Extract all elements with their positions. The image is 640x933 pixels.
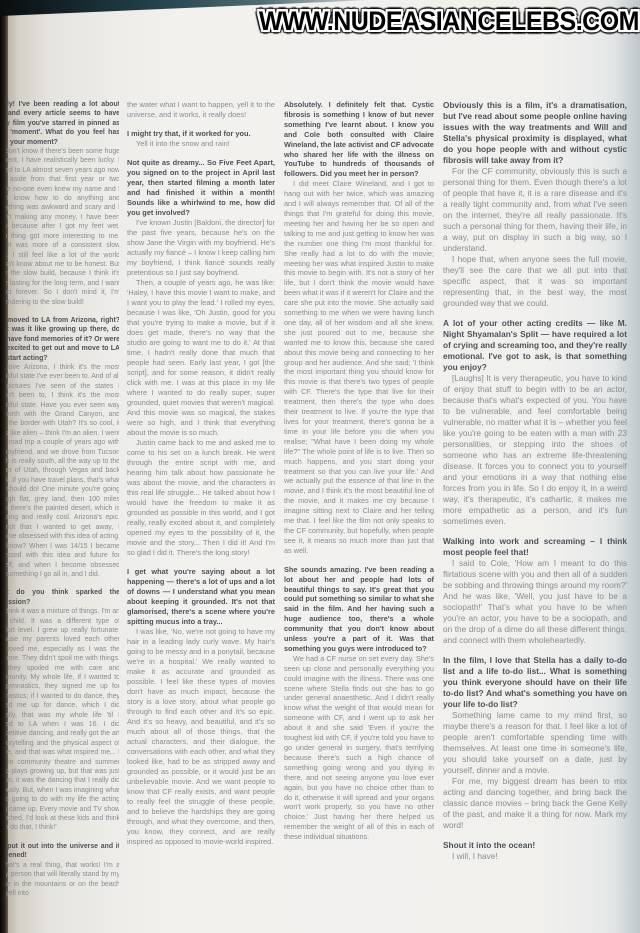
interview-question: I might try that, if it worked for you.: [127, 129, 275, 139]
interview-answer: We had a CF nurse on set every day. She'…: [284, 654, 434, 842]
interview-answer: I think it was a mixture of things. I'm …: [6, 607, 119, 833]
interview-question: She sounds amazing. I've been reading a …: [284, 565, 434, 654]
text-column-a: Firstly! I've been reading a lot about y…: [6, 100, 119, 924]
interview-answer: For me, my biggest dream has been to mix…: [443, 776, 627, 831]
text-column-b: the water what I want to happen, yell it…: [127, 100, 275, 924]
interview-answer: I don't know if there's been some huge m…: [6, 147, 119, 307]
interview-answer: the water what I want to happen, yell it…: [127, 100, 275, 120]
interview-question: Obviously this is a film, it's a dramati…: [443, 100, 627, 166]
magazine-page-scan: { "watermark": "WWW.NUDEASIANCELEBS.COM"…: [0, 0, 640, 933]
interview-answer: I did meet Claire Wineland, and I got to…: [284, 179, 434, 555]
text-column-d: Obviously this is a film, it's a dramati…: [443, 100, 627, 924]
interview-answer: That's a real thing, that works! I'm a c…: [6, 861, 119, 899]
interview-question: I get what you're saying about a lot hap…: [127, 567, 275, 627]
interview-question: You put it out into the universe and it …: [6, 842, 119, 861]
interview-answer: Justin came back to me and asked me to c…: [127, 438, 275, 558]
interview-answer: I will, I have!: [443, 851, 627, 862]
interview-question: A lot of your other acting credits — lik…: [443, 318, 627, 373]
interview-question: You moved to LA from Arizona, right? Wha…: [6, 316, 119, 363]
interview-question: What do you think sparked the obsession?: [6, 588, 119, 607]
text-column-c-content: Absolutely. I definitely felt that. Cyst…: [284, 100, 434, 842]
interview-question: Firstly! I've been reading a lot about y…: [6, 100, 119, 147]
interview-question: Shout it into the ocean!: [443, 840, 627, 851]
interview-answer: Something lame came to my mind first, so…: [443, 710, 627, 776]
text-column-b-content: the water what I want to happen, yell it…: [127, 100, 275, 847]
text-column-c: Absolutely. I definitely felt that. Cyst…: [284, 100, 434, 924]
interview-answer: I was like, 'No, we're not going to have…: [127, 627, 275, 847]
interview-question: Not quite as dreamy... So Five Feet Apar…: [127, 158, 275, 218]
interview-answer: I love Arizona, I think it's the most be…: [6, 363, 119, 579]
interview-answer: [Laughs] It is very therapeutic, you hav…: [443, 373, 627, 527]
interview-answer: Then, a couple of years ago, he was like…: [127, 278, 275, 438]
interview-question: In the film, I love that Stella has a da…: [443, 655, 627, 710]
text-column-a-content: Firstly! I've been reading a lot about y…: [6, 100, 119, 898]
text-column-d-content: Obviously this is a film, it's a dramati…: [443, 100, 627, 862]
watermark-text: WWW.NUDEASIANCELEBS.COM: [259, 6, 639, 37]
interview-question: Absolutely. I definitely felt that. Cyst…: [284, 100, 434, 179]
interview-answer: I hope that, when anyone sees the full m…: [443, 254, 627, 309]
interview-question: Walking into work and screaming – I thin…: [443, 536, 627, 558]
interview-answer: Yell it into the snow and rain!: [127, 139, 275, 149]
interview-answer: I said to Cole, 'How am I meant to do th…: [443, 558, 627, 646]
interview-answer: I've known Justin [Baldoni, the director…: [127, 218, 275, 278]
interview-answer: For the CF community, obviously this is …: [443, 166, 627, 254]
